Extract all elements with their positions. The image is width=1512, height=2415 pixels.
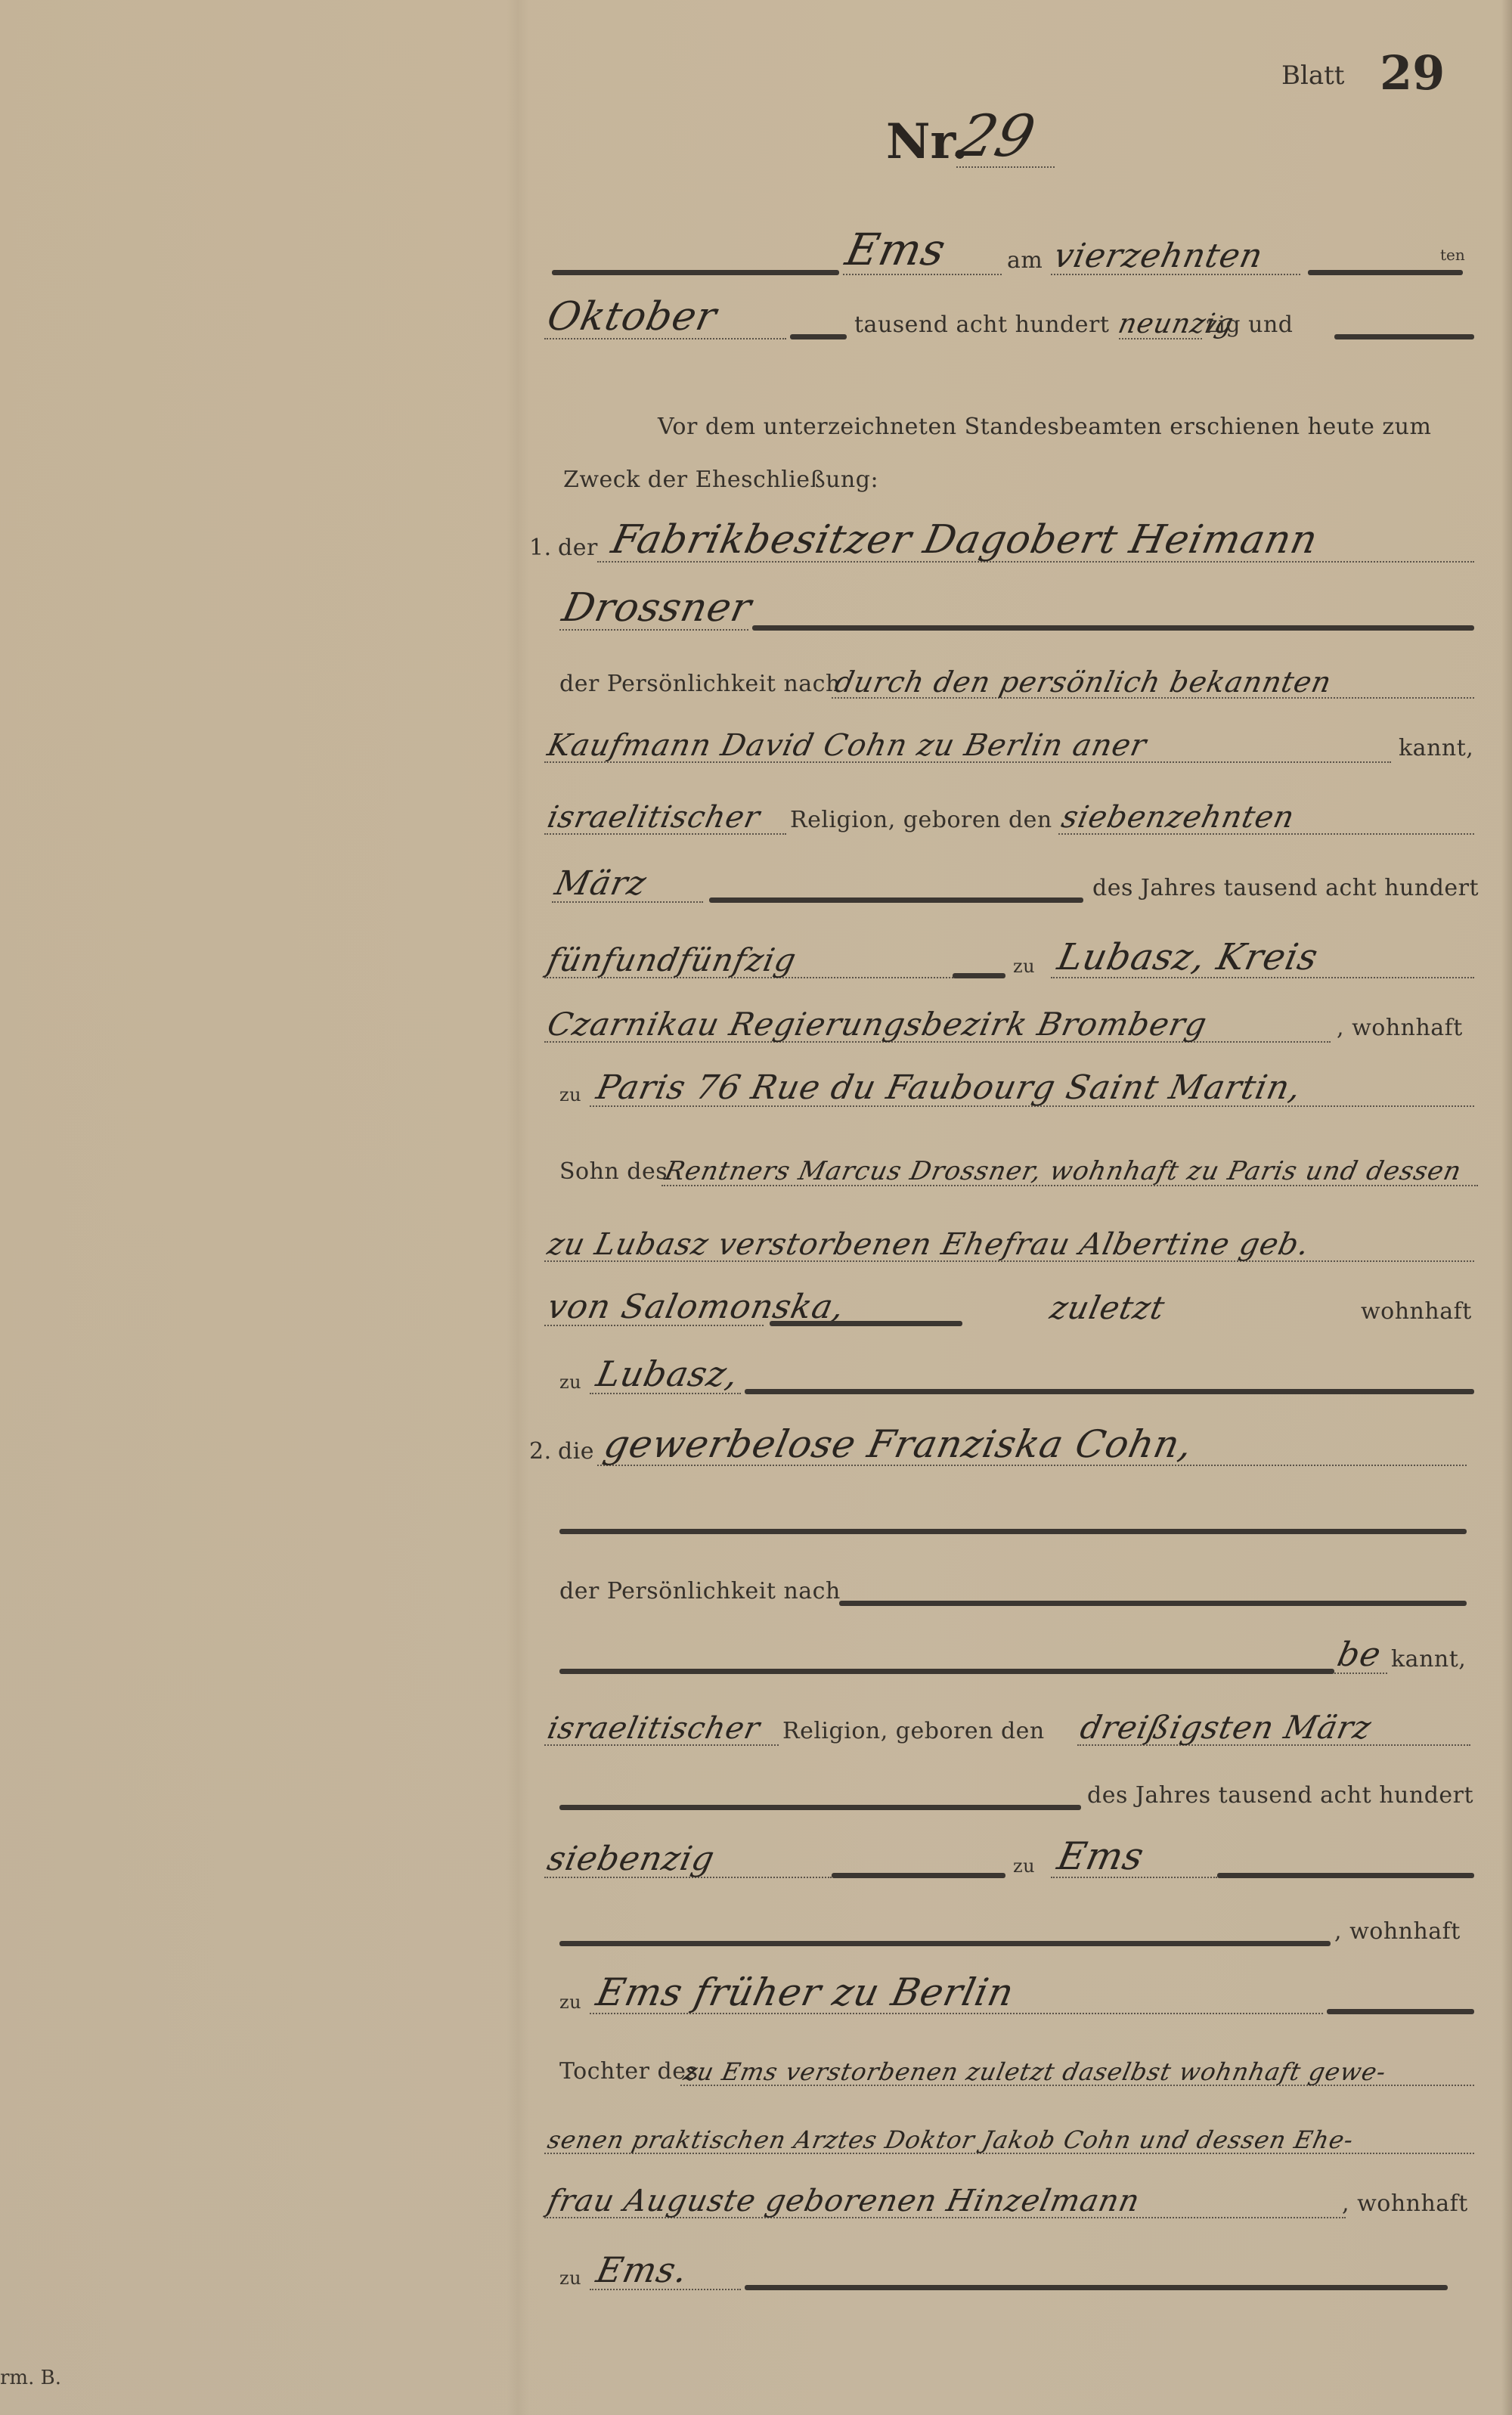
groom-row-month: März des Jahres tausend acht hundert	[529, 854, 1474, 907]
identity-label: der Persönlichkeit nach	[559, 671, 841, 697]
groom-row-identity-2: Kaufmann David Cohn zu Berlin aner kannt…	[529, 715, 1474, 767]
bride-birth-place: Ems	[1054, 1834, 1148, 1878]
wohnhaft-label: , wohnhaft	[1337, 1015, 1463, 1041]
kannt-label: kannt,	[1399, 735, 1473, 761]
bleed-through	[824, 151, 857, 213]
bride-row-identity: der Persönlichkeit nach	[529, 1558, 1474, 1611]
fill-bar	[745, 1389, 1474, 1394]
groom-last-residence: Lubasz,	[593, 1353, 742, 1394]
bride-row-religion: israelitischer Religion, geboren den dre…	[529, 1697, 1474, 1750]
groom-row-year: fünfundfünfzig zu Lubasz, Kreis	[529, 930, 1474, 983]
year-label: des Jahres tausend acht hundert	[1087, 1782, 1473, 1809]
fill-bar	[1308, 270, 1463, 275]
religion-label: Religion, geboren den	[790, 807, 1052, 833]
day-value: vierzehnten	[1051, 237, 1267, 275]
religion-label: Religion, geboren den	[782, 1718, 1045, 1744]
bride-row-wohnhaft: , wohnhaft	[529, 1898, 1474, 1951]
tausend-label: tausend acht hundert	[854, 312, 1109, 338]
tochter-label: Tochter des	[559, 2058, 698, 2085]
zu-label: zu	[559, 1084, 581, 1105]
zu-label: zu	[1013, 1855, 1035, 1877]
intro-row-2: Zweck der Eheschließung:	[529, 446, 1474, 499]
kannt-label: kannt,	[1391, 1646, 1466, 1673]
blatt-label: Blatt	[1281, 60, 1344, 91]
bride-row-name: 2. die gewerbelose Franziska Cohn,	[529, 1418, 1474, 1471]
bride-occupation-name: gewerbelose Franziska Cohn,	[600, 1422, 1197, 1466]
bride-row-year-label: des Jahres tausend acht hundert	[529, 1762, 1474, 1815]
fill-bar	[790, 334, 847, 339]
groom-row-surname: Drossner	[529, 582, 1474, 635]
groom-row-name: 1. der Fabrikbesitzer Dagobert Heimann	[529, 514, 1474, 567]
bride-number: 2.	[529, 1438, 552, 1465]
intro-line-2: Zweck der Eheschließung:	[563, 467, 878, 493]
wohnhaft-label: , wohnhaft	[1342, 2190, 1468, 2217]
bride-identity-value: be	[1334, 1635, 1385, 1674]
groom-row-parents-1: Sohn des Rentners Marcus Drossner, wohnh…	[529, 1138, 1474, 1191]
bride-row-blank	[529, 1486, 1474, 1539]
bride-residence: Ems früher zu Berlin	[593, 1970, 1018, 2014]
page-edge-shadow	[1501, 0, 1512, 2415]
bride-row-parents-1: Tochter des zu Ems verstorbenen zuletzt …	[529, 2038, 1474, 2091]
fill-bar	[552, 270, 839, 275]
bride-row-residence: zu Ems früher zu Berlin	[529, 1966, 1474, 2019]
intro-line-1: Vor dem unterzeichneten Standesbeamten e…	[658, 414, 1431, 440]
bride-article: die	[558, 1438, 594, 1465]
fill-bar	[1217, 1873, 1474, 1878]
groom-occupation-name: Fabrikbesitzer Dagobert Heimann	[608, 517, 1322, 563]
groom-row-last-residence: zu Lubasz,	[529, 1346, 1474, 1399]
fill-bar	[953, 973, 1005, 978]
groom-row-religion: israelitischer Religion, geboren den sie…	[529, 786, 1474, 839]
month-value: Oktober	[544, 294, 721, 339]
groom-birth-month: März	[552, 864, 650, 903]
zuletzt-wohnhaft-label: wohnhaft	[1361, 1298, 1472, 1325]
groom-identity-value-1: durch den persönlich bekannten	[832, 665, 1334, 699]
groom-parents-1: Rentners Marcus Drossner, wohnhaft zu Pa…	[662, 1156, 1464, 1186]
bride-row-parents-2: senen praktischen Arztes Doktor Jakob Co…	[529, 2106, 1474, 2159]
bride-row-parents-3: frau Auguste geborenen Hinzelmann , wohn…	[529, 2170, 1474, 2223]
groom-birth-day: siebenzehnten	[1058, 800, 1298, 835]
bride-birth-year: siebenzig	[544, 1840, 718, 1878]
groom-row-residence: zu Paris 76 Rue du Faubourg Saint Martin…	[529, 1059, 1474, 1111]
fill-bar	[752, 625, 1474, 631]
groom-parents-2: zu Lubasz verstorbenen Ehefrau Albertine…	[544, 1227, 1312, 1262]
date-row-2: Oktober tausend acht hundert neunzig zig…	[529, 291, 1474, 344]
fill-bar	[709, 897, 1083, 903]
fill-bar	[559, 1669, 1334, 1674]
groom-identity-value-2: Kaufmann David Cohn zu Berlin aner	[544, 728, 1150, 763]
groom-birth-place-2: Czarnikau Regierungsbezirk Bromberg	[544, 1006, 1210, 1043]
groom-article: der	[558, 535, 598, 561]
intro-row-1: Vor dem unterzeichneten Standesbeamten e…	[529, 393, 1474, 446]
fill-bar	[559, 1529, 1467, 1534]
bride-religion-value: israelitischer	[544, 1711, 764, 1746]
fill-bar	[770, 1321, 962, 1326]
binding-fold	[507, 0, 529, 2415]
sohn-label: Sohn des	[559, 1158, 668, 1185]
zig-und-label: zig und	[1206, 312, 1294, 338]
bride-row-identity-2: be kannt,	[529, 1626, 1474, 1679]
groom-row-parents-2: zu Lubasz verstorbenen Ehefrau Albertine…	[529, 1214, 1474, 1266]
place-value: Ems	[841, 224, 951, 275]
groom-birth-place: Lubasz, Kreis	[1054, 936, 1322, 978]
form-label: rm. B.	[0, 2367, 61, 2389]
groom-residence: Paris 76 Rue du Faubourg Saint Martin,	[593, 1068, 1305, 1107]
year-label: des Jahres tausend acht hundert	[1092, 875, 1479, 901]
am-label: am	[1007, 247, 1043, 274]
bride-parents-residence: Ems.	[593, 2249, 692, 2290]
zu-label: zu	[1013, 956, 1035, 977]
fill-bar	[1327, 2009, 1474, 2014]
bride-parents-2: senen praktischen Arztes Doktor Jakob Co…	[545, 2125, 1356, 2154]
zu-label: zu	[559, 1372, 581, 1393]
zu-label: zu	[559, 1992, 581, 2013]
zuletzt-value: zuletzt	[1047, 1289, 1169, 1326]
groom-birth-year: fünfundfünfzig	[544, 941, 800, 978]
record-number-value: 29	[952, 102, 1042, 169]
fill-bar	[559, 1941, 1331, 1946]
groom-row-identity: der Persönlichkeit nach durch den persön…	[529, 650, 1474, 703]
date-row-1: Ems am vierzehnten	[529, 227, 1474, 280]
fill-bar	[832, 1873, 1005, 1878]
record-number-dots	[956, 166, 1055, 168]
blatt-number: 29	[1380, 45, 1445, 101]
wohnhaft-label: , wohnhaft	[1334, 1918, 1461, 1945]
bride-parents-3: frau Auguste geborenen Hinzelmann	[544, 2184, 1143, 2218]
bride-birth-date: dreißigsten März	[1077, 1709, 1375, 1746]
identity-label: der Persönlichkeit nach	[559, 1578, 841, 1604]
ten-suffix: ten	[1440, 246, 1465, 264]
bride-parents-1: zu Ems verstorbenen zuletzt daselbst woh…	[681, 2057, 1389, 2086]
groom-surname: Drossner	[559, 585, 756, 631]
bride-row-parents-residence: zu Ems.	[529, 2242, 1474, 2295]
bride-row-year: siebenzig zu Ems	[529, 1830, 1474, 1883]
fill-bar	[839, 1601, 1467, 1606]
fill-bar	[559, 1805, 1081, 1810]
groom-number: 1.	[529, 535, 552, 561]
groom-religion-value: israelitischer	[544, 800, 764, 835]
fill-bar	[745, 2285, 1448, 2290]
groom-row-district: Czarnikau Regierungsbezirk Bromberg , wo…	[529, 994, 1474, 1047]
fill-bar	[1334, 334, 1474, 339]
zu-label: zu	[559, 2268, 581, 2289]
groom-row-parents-3: von Salomonska, zuletzt wohnhaft	[529, 1278, 1474, 1331]
